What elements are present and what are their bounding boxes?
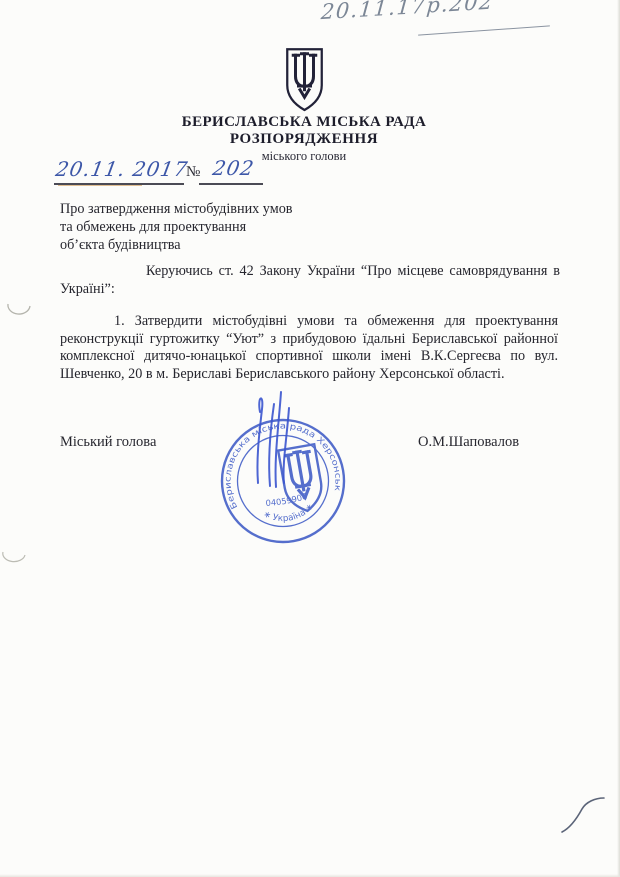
ukraine-trident-emblem-icon xyxy=(282,45,327,115)
handwritten-date: 20.11. 2017 xyxy=(54,157,190,181)
scanned-document-page: 20.11.17р.202 БЕРИСЛАВСЬКА МІСЬКА РАДА Р… xyxy=(0,0,620,877)
pen-mark-icon xyxy=(556,790,608,836)
org-name: БЕРИСЛАВСЬКА МІСЬКА РАДА xyxy=(0,114,614,131)
item1-line: комплексної дитячо-юнацької спортивної ш… xyxy=(60,348,558,366)
scan-artifact-arc xyxy=(2,546,28,568)
handwritten-doc-number: 202 xyxy=(211,156,256,180)
intro-line: Україні”: xyxy=(60,281,560,299)
subject-block: Про затвердження містобудівних умов та о… xyxy=(60,201,380,254)
scan-artifact-arc xyxy=(6,296,32,322)
number-sign-label: № xyxy=(186,164,200,181)
item1-line: 1. Затвердити містобудівні умови та обме… xyxy=(60,313,558,331)
subject-line: об’єкта будівництва xyxy=(60,237,380,255)
date-underline-tint xyxy=(58,185,142,186)
item1-line: реконструкції гуртожитку “Уют” з прибудо… xyxy=(60,331,558,349)
document-type-title: РОЗПОРЯДЖЕННЯ xyxy=(0,131,614,148)
signature-ink-icon xyxy=(240,386,310,491)
subject-line: Про затвердження містобудівних умов xyxy=(60,201,380,219)
signer-name: О.М.Шаповалов xyxy=(418,434,519,451)
item1-line: Шевченко, 20 в м. Бериславі Бериславсько… xyxy=(60,366,558,384)
handwritten-registration-note: 20.11.17р.202 xyxy=(320,0,561,24)
intro-line: Керуючись ст. 42 Закону України “Про міс… xyxy=(60,263,560,281)
handwritten-note-underline xyxy=(418,25,550,36)
subject-line: та обмежень для проектування xyxy=(60,219,380,237)
item1-paragraph: 1. Затвердити містобудівні умови та обме… xyxy=(60,313,558,383)
intro-paragraph: Керуючись ст. 42 Закону України “Про міс… xyxy=(60,263,560,298)
number-underline xyxy=(199,183,263,185)
signer-position-title: Міський голова xyxy=(60,434,156,451)
